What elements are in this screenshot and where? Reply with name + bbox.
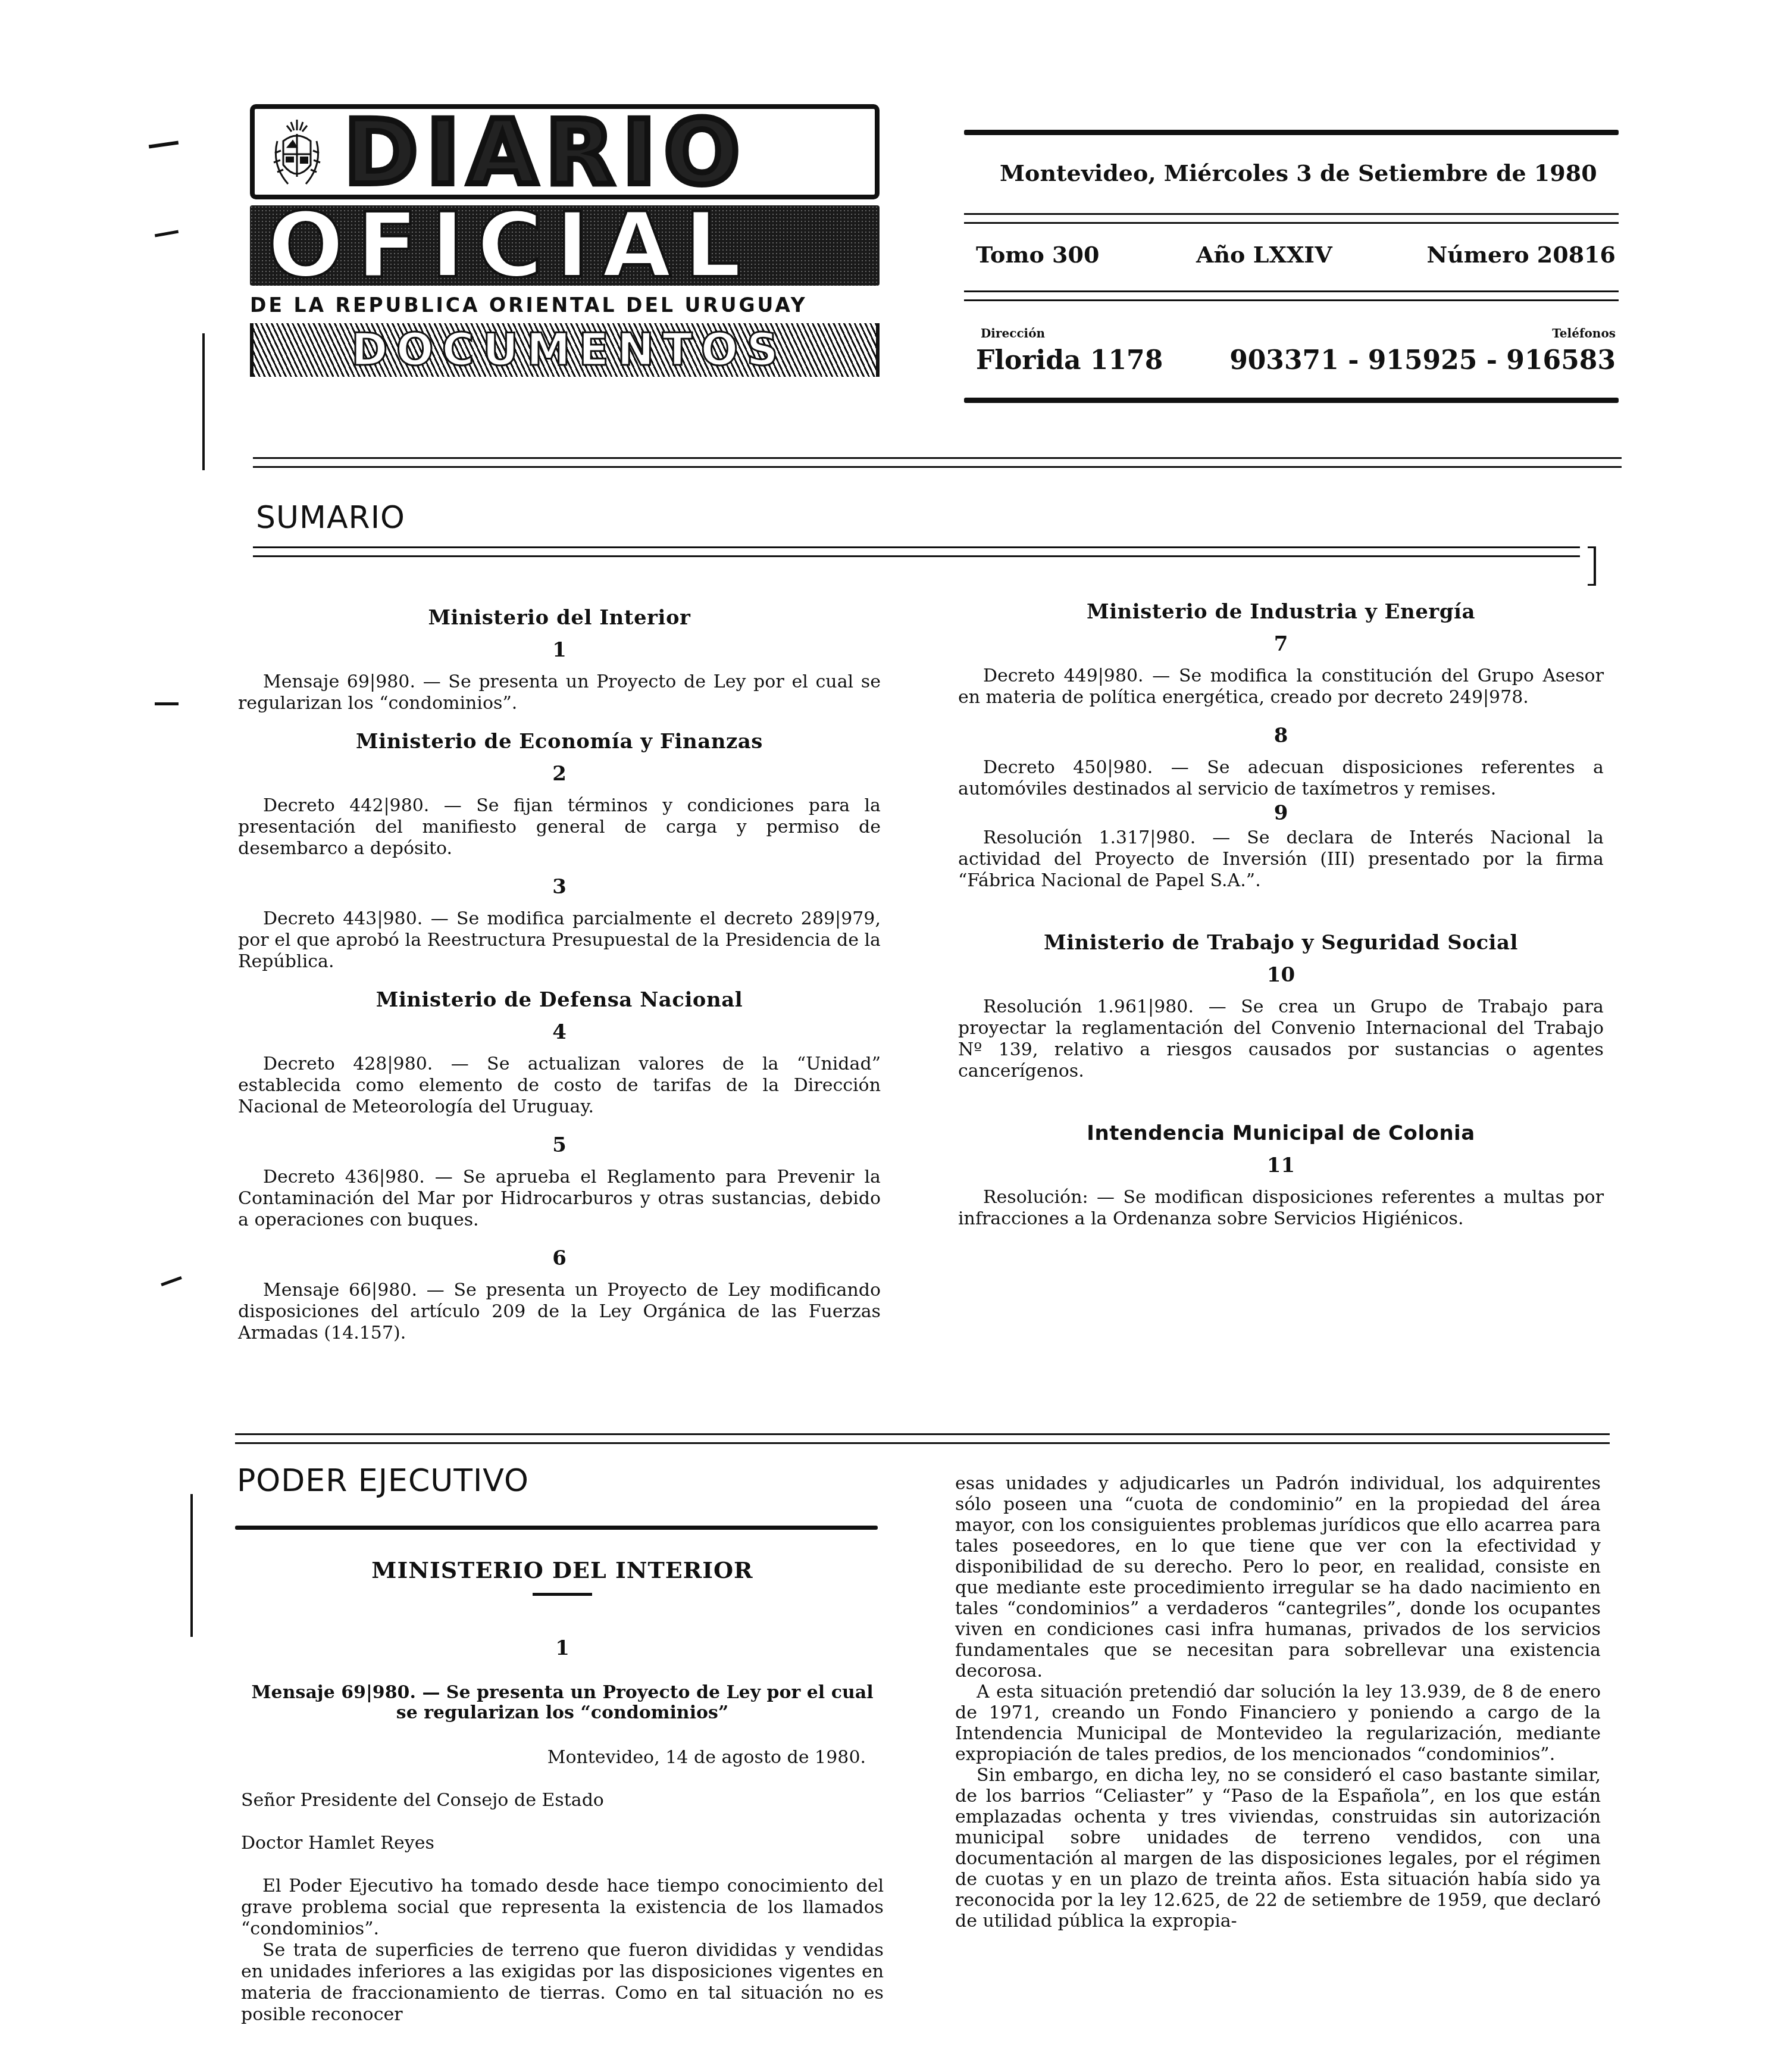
body-paragraph: El Poder Ejecutivo ha tomado desde hace …: [241, 1876, 884, 1940]
summary-item-number: 9: [958, 802, 1604, 824]
header-rule: [964, 290, 1619, 301]
summary-item-number: 6: [238, 1248, 881, 1269]
section-banner: DOCUMENTOS: [250, 323, 880, 377]
body-left-column: MINISTERIO DEL INTERIOR 1 Mensaje 69|980…: [241, 1560, 884, 2026]
addressee: Señor Presidente del Consejo de Estado: [241, 1790, 884, 1811]
bracket-mark: [1588, 546, 1596, 586]
summary-divider: [253, 546, 1580, 557]
masthead-title-diario: DIARIO: [344, 111, 868, 195]
body-right-column: esas unidades y adjudicarles un Padrón i…: [955, 1473, 1601, 1932]
ministry-heading: Ministerio de Trabajo y Seguridad Social: [958, 932, 1604, 954]
document-title: Mensaje 69|980. — Se presenta un Proyect…: [241, 1683, 884, 1723]
section-title-poder-ejecutivo: PODER EJECUTIVO: [237, 1463, 529, 1499]
scan-artifact: [202, 333, 205, 470]
issue-number: Número 20816: [1426, 241, 1616, 268]
issue-date: Montevideo, Miércoles 3 de Setiembre de …: [1000, 160, 1607, 186]
coat-of-arms-icon: [270, 117, 324, 191]
summary-item-number: 4: [238, 1021, 881, 1043]
summary-item-number: 7: [958, 633, 1604, 655]
header-rule: [964, 213, 1619, 224]
summary-item: Mensaje 69|980. — Se presenta un Proyect…: [238, 671, 881, 714]
masthead-title-box: DIARIO: [250, 104, 880, 199]
scan-artifact: [155, 702, 179, 705]
header-rule: [964, 398, 1619, 403]
summary-item-number: 8: [958, 725, 1604, 746]
summary-item: Decreto 428|980. — Se actualizan valores…: [238, 1054, 881, 1118]
masthead-title-oficial: OFICIAL: [268, 209, 863, 283]
masthead-title-box-oficial: OFICIAL: [250, 205, 880, 286]
ministry-heading: Ministerio del Interior: [238, 607, 881, 629]
summary-item: Mensaje 66|980. — Se presenta un Proyect…: [238, 1280, 881, 1344]
body-paragraph: Sin embargo, en dicha ley, no se conside…: [955, 1765, 1601, 1932]
summary-item-number: 2: [238, 763, 881, 785]
phones-label: Teléfonos: [1552, 326, 1616, 340]
scan-artifact: [149, 141, 179, 149]
section-banner-label: DOCUMENTOS: [319, 328, 819, 372]
body-paragraph: esas unidades y adjudicarles un Padrón i…: [955, 1473, 1601, 1682]
summary-title: SUMARIO: [256, 500, 405, 536]
masthead-divider: [253, 457, 1622, 468]
body-paragraph: Se trata de superficies de terreno que f…: [241, 1940, 884, 2026]
summary-item: Resolución 1.317|980. — Se declara de In…: [958, 827, 1604, 892]
scan-artifact: [155, 230, 179, 237]
issue-year: Año LXXIV: [1196, 241, 1332, 268]
phone-numbers: 903371 - 915925 - 916583: [1229, 345, 1616, 376]
summary-item: Decreto 449|980. — Se modifica la consti…: [958, 665, 1604, 708]
document-number: 1: [241, 1637, 884, 1659]
header-rule: [964, 130, 1619, 135]
address-label: Dirección: [981, 326, 1045, 340]
summary-item-number: 3: [238, 876, 881, 898]
summary-item-number: 1: [238, 639, 881, 661]
summary-item-number: 5: [238, 1135, 881, 1156]
ministry-heading: Ministerio de Industria y Energía: [958, 601, 1604, 623]
ministry-heading: Intendencia Municipal de Colonia: [958, 1123, 1604, 1144]
scan-artifact: [190, 1494, 193, 1637]
summary-item: Decreto 443|980. — Se modifica parcialme…: [238, 908, 881, 973]
address: Florida 1178: [976, 345, 1163, 376]
summary-item: Decreto 442|980. — Se fijan términos y c…: [238, 795, 881, 860]
summary-item-number: 11: [958, 1155, 1604, 1176]
summary-item: Decreto 450|980. — Se adecuan disposicio…: [958, 757, 1604, 800]
issue-volume: Tomo 300: [976, 241, 1099, 268]
ministry-heading: Ministerio de Economía y Finanzas: [238, 731, 881, 752]
summary-item: Decreto 436|980. — Se aprueba el Reglame…: [238, 1167, 881, 1231]
masthead-subtitle: DE LA REPUBLICA ORIENTAL DEL URUGUAY: [250, 293, 881, 317]
document-dateline: Montevideo, 14 de agosto de 1980.: [241, 1747, 866, 1768]
summary-left-column: Ministerio del Interior 1 Mensaje 69|980…: [238, 607, 881, 1361]
summary-end-divider: [235, 1433, 1610, 1444]
ministry-heading: MINISTERIO DEL INTERIOR: [241, 1560, 884, 1581]
addressee: Doctor Hamlet Reyes: [241, 1833, 884, 1854]
summary-right-column: Ministerio de Industria y Energía 7 Decr…: [958, 601, 1604, 1246]
section-divider: [235, 1526, 878, 1530]
ministry-heading: Ministerio de Defensa Nacional: [238, 989, 881, 1011]
scan-artifact: [161, 1276, 182, 1286]
summary-item-number: 10: [958, 964, 1604, 986]
heading-underline: [533, 1593, 592, 1596]
body-paragraph: A esta situación pretendió dar solución …: [955, 1682, 1601, 1765]
summary-item: Resolución: — Se modifican disposiciones…: [958, 1187, 1604, 1230]
summary-item: Resolución 1.961|980. — Se crea un Grupo…: [958, 996, 1604, 1082]
